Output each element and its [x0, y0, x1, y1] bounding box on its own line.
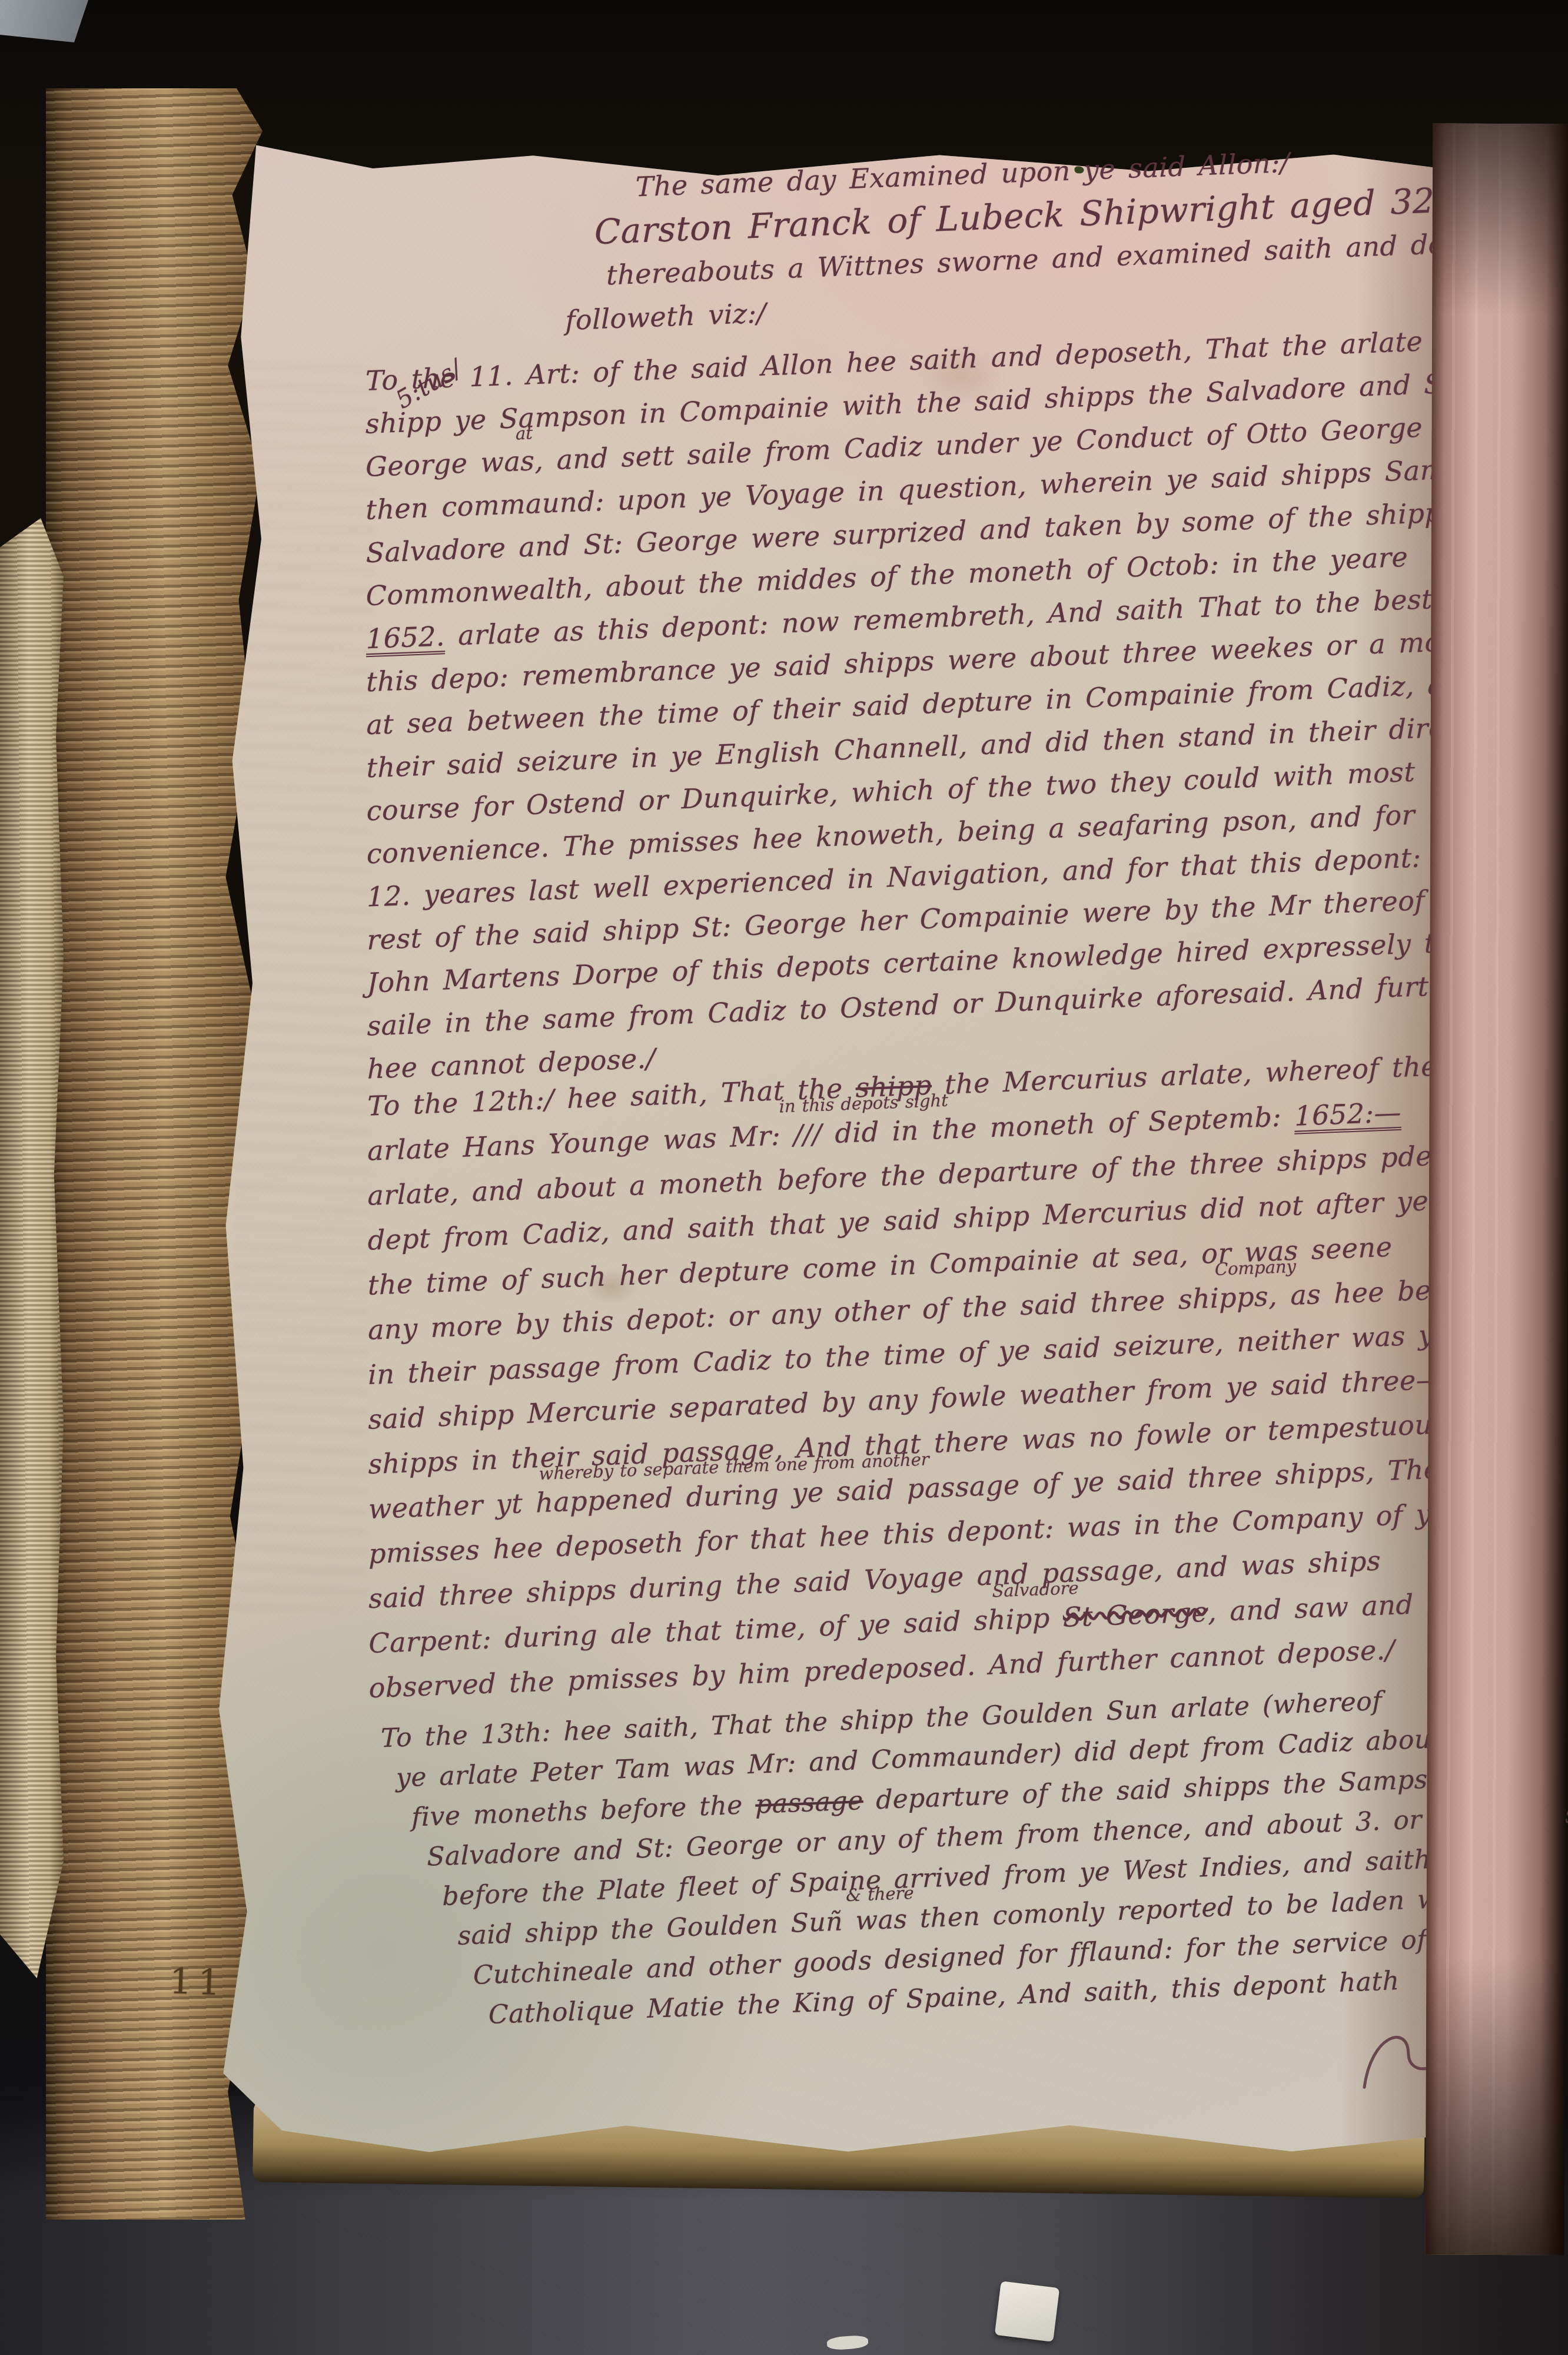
manuscript-photograph: 5:tus/ 11 The same day Examined upon ye …	[0, 0, 1568, 2355]
calibration-card	[0, 0, 88, 42]
answer-to-article-12: To the 12th:/ hee saith, That the shipp …	[367, 1043, 1440, 1710]
page-stack-edge	[46, 88, 263, 2220]
ms-line-text: five moneths before the	[411, 1790, 755, 1833]
interlineation: & there	[846, 1884, 914, 1904]
interlineation: Salvadore	[992, 1579, 1079, 1600]
book-fore-edge	[0, 518, 64, 1978]
interlineation: at	[516, 424, 533, 442]
interlineation: Company	[1215, 1258, 1296, 1278]
answer-to-article-11: To the 11. Art: of the said Allon hee sa…	[366, 320, 1438, 1091]
underlined-date: 1652:—	[1294, 1096, 1401, 1135]
underlined-date: 1652.	[366, 620, 445, 657]
deposition-text: The same day Examined upon ye said Allon…	[330, 135, 1440, 2041]
struck-ship-name: St George	[1063, 1596, 1208, 1633]
folio-number: 11	[169, 1961, 227, 2004]
answer-to-article-13: To the 13th: hee saith, That the shipp t…	[381, 1679, 1440, 2039]
facing-page-edge	[1426, 124, 1568, 2256]
paper-tag	[995, 2281, 1059, 2342]
struck-word: passage	[755, 1786, 863, 1820]
